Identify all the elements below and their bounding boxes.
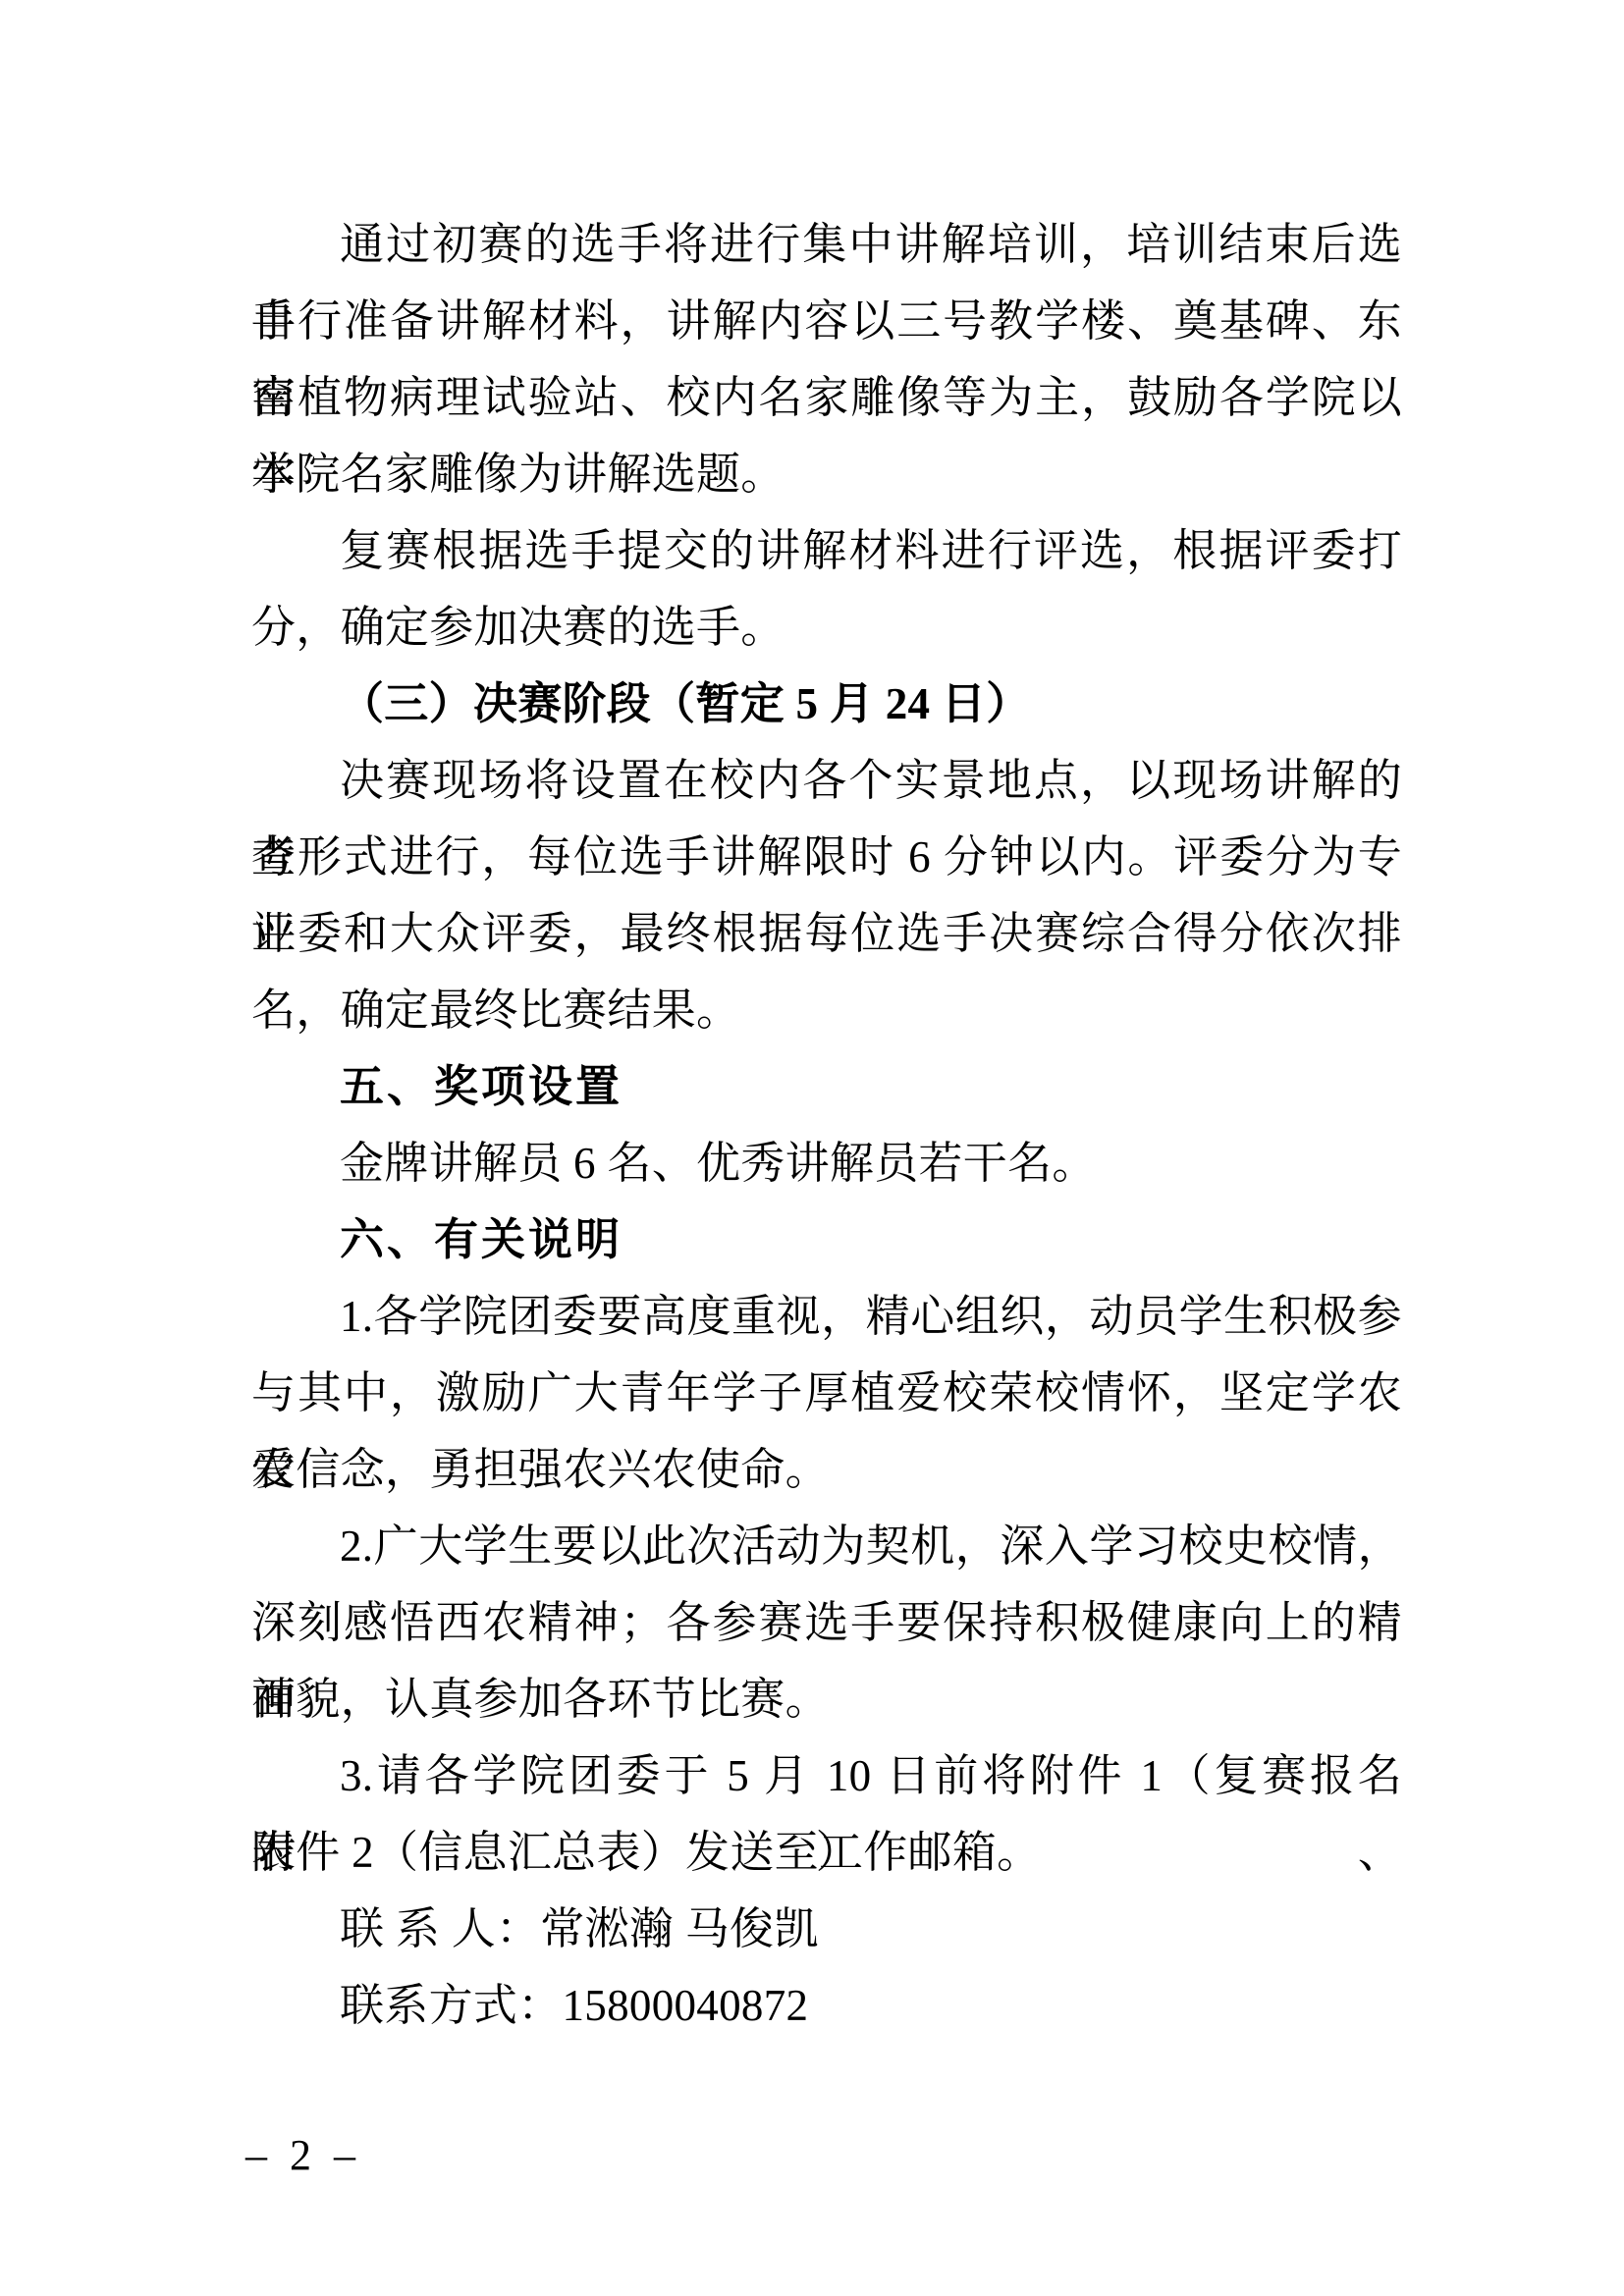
body-line: 3.请各学院团委于 5 月 10 日前将附件 1（复赛报名表）、 — [251, 1737, 1402, 1814]
body-line: 名，确定最终比赛结果。 — [251, 972, 1402, 1048]
body-line: 农信念，勇担强农兴农使命。 — [251, 1431, 1402, 1508]
body-line: 2.广大学生要以此次活动为契机，深入学习校史校情， — [251, 1508, 1402, 1584]
document-page: 通过初赛的选手将进行集中讲解培训，培训结束后选手 自行准备讲解材料，讲解内容以三… — [0, 0, 1624, 2296]
body-line: 面貌，认真参加各环节比赛。 — [251, 1661, 1402, 1737]
body-line: 深刻感悟西农精神；各参赛选手要保持积极健康向上的精神 — [251, 1584, 1402, 1661]
body-line: 学院名家雕像为讲解选题。 — [251, 436, 1402, 512]
body-line: 窑植物病理试验站、校内名家雕像等为主，鼓励各学院以本 — [251, 359, 1402, 436]
body-line: 决赛现场将设置在校内各个实景地点，以现场讲解的考 — [251, 742, 1402, 819]
body-line: 复赛根据选手提交的讲解材料进行评选，根据评委打 — [251, 512, 1402, 589]
heading-section-awards: 五、奖项设置 — [251, 1048, 1402, 1125]
contact-phone-line: 联系方式：15800040872 — [251, 1967, 1402, 2044]
body-line: 分，确定参加决赛的选手。 — [251, 589, 1402, 666]
body-line: 金牌讲解员 6 名、优秀讲解员若干名。 — [251, 1125, 1402, 1201]
body-line: 自行准备讲解材料，讲解内容以三号教学楼、奠基碑、东南 — [251, 283, 1402, 359]
body-line: 查形式进行，每位选手讲解限时 6 分钟以内。评委分为专业 — [251, 819, 1402, 895]
body-line: 与其中，激励广大青年学子厚植爱校荣校情怀，坚定学农爱 — [251, 1355, 1402, 1431]
heading-section-notes: 六、有关说明 — [251, 1201, 1402, 1278]
body-line: 通过初赛的选手将进行集中讲解培训，培训结束后选手 — [251, 206, 1402, 283]
body-line: 评委和大众评委，最终根据每位选手决赛综合得分依次排 — [251, 895, 1402, 972]
body-line: 1.各学院团委要高度重视，精心组织，动员学生积极参 — [251, 1278, 1402, 1355]
contact-person-line: 联 系 人：常淞瀚 马俊凯 — [251, 1891, 1402, 1967]
page-number: – 2 – — [245, 2132, 361, 2179]
heading-final-stage: （三）决赛阶段（暂定 5 月 24 日） — [251, 666, 1402, 742]
document-body: 通过初赛的选手将进行集中讲解培训，培训结束后选手 自行准备讲解材料，讲解内容以三… — [251, 206, 1402, 2044]
